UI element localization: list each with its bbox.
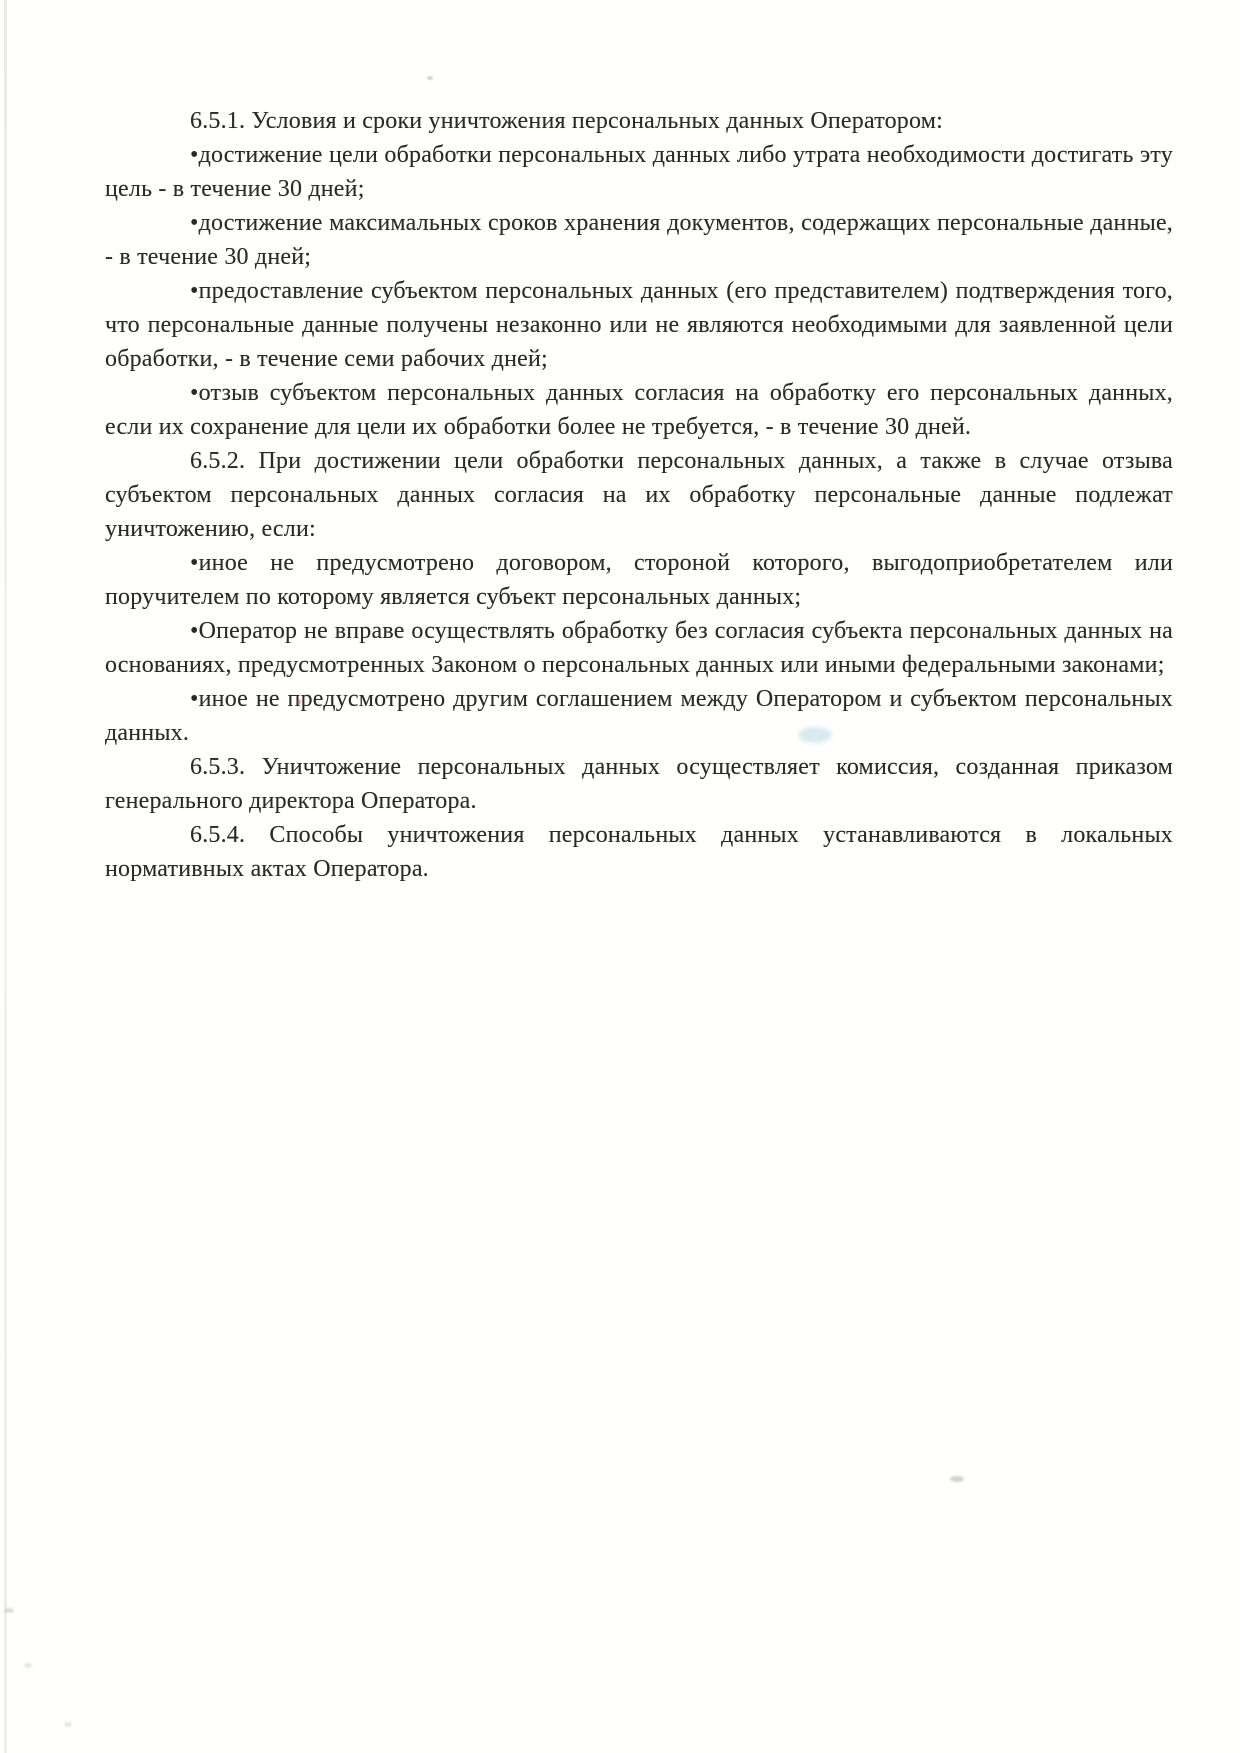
bullet-destruction-case-3: •иное не предусмотрено другим соглашение… (105, 682, 1173, 750)
scanned-document-page: 6.5.1. Условия и сроки уничтожения персо… (0, 0, 1240, 1753)
scan-edge-line (4, 0, 7, 1753)
clause-6-5-3: 6.5.3. Уничтожение персональных данных о… (105, 750, 1173, 818)
clause-6-5-4: 6.5.4. Способы уничтожения персональных … (105, 818, 1173, 886)
bullet-destruction-case-2: •Оператор не вправе осуществлять обработ… (105, 614, 1173, 682)
scan-artifact-right-speck (950, 1476, 964, 1482)
policy-text-block: 6.5.1. Условия и сроки уничтожения персо… (105, 104, 1173, 886)
scan-artifact-bottom-left-speck-3 (64, 1722, 72, 1727)
scan-artifact-bottom-left-speck-2 (24, 1663, 32, 1668)
bullet-destruction-term-2: •достижение максимальных сроков хранения… (105, 206, 1173, 274)
scan-artifact-bottom-left-speck-1 (4, 1608, 14, 1613)
clause-6-5-2: 6.5.2. При достижении цели обработки пер… (105, 444, 1173, 546)
scan-artifact-top-speck (427, 76, 433, 80)
bullet-destruction-case-1: •иное не предусмотрено договором, сторон… (105, 546, 1173, 614)
bullet-destruction-term-1: •достижение цели обработки персональных … (105, 138, 1173, 206)
bullet-destruction-term-3: •предоставление субъектом персональных д… (105, 274, 1173, 376)
clause-6-5-1-heading: 6.5.1. Условия и сроки уничтожения персо… (105, 104, 1173, 138)
bullet-destruction-term-4: •отзыв субъектом персональных данных сог… (105, 376, 1173, 444)
